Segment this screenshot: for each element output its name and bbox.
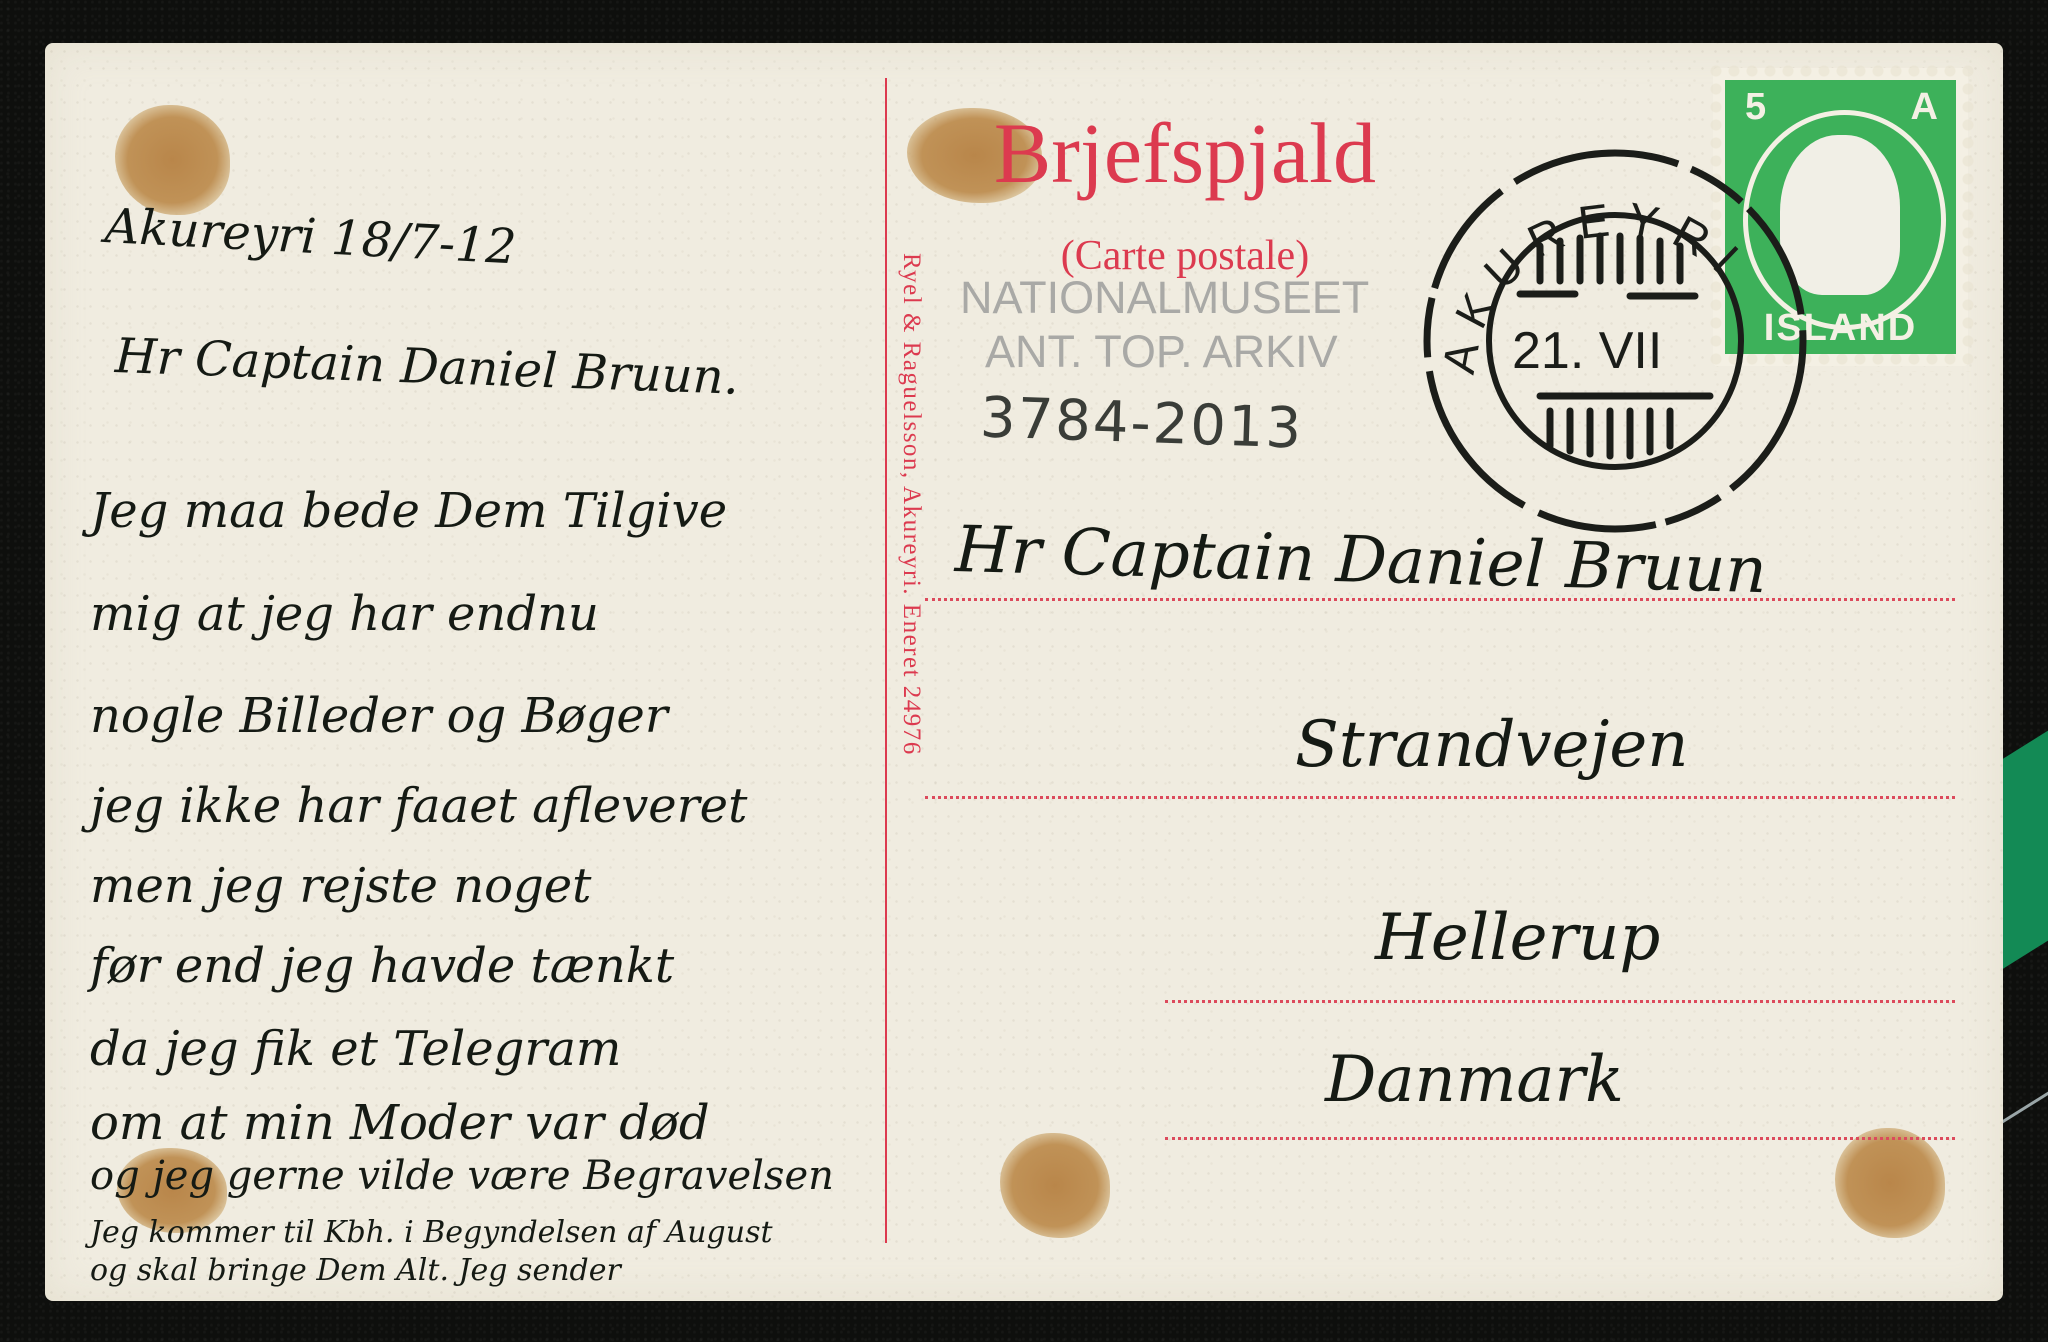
address-rule-3 [1165,1000,1955,1003]
publisher-imprint: Ryel & Raguelsson, Akureyri. Eneret 2497… [897,253,925,756]
message-line: mig at jeg har endnu [90,586,599,642]
message-line: jeg ikke har faaet afleveret [90,778,747,834]
decorative-stripe [2003,700,2048,1140]
postcard-title: Brjefspjald [935,103,1435,203]
message-line: om at min Moder var død [90,1095,710,1151]
message-line: nogle Billeder og Bøger [90,688,668,744]
message-dateline: Akureyri 18/7-12 [104,198,518,275]
red-divider [885,78,887,1243]
postcard: Ryel & Raguelsson, Akureyri. Eneret 2497… [45,43,2003,1301]
archive-line1: NATIONALMUSEET [960,271,1369,325]
address-line-4: Danmark [1325,1043,1624,1117]
archive-line2: ANT. TOP. ARKIV [960,325,1369,379]
message-line: Jeg maa bede Dem Tilgive [90,483,727,539]
stamp-value: 5 [1745,86,1766,129]
message-line: før end jeg havde tænkt [90,938,674,994]
message-line: og jeg gerne vilde være Begravelsen [90,1153,834,1199]
message-line: men jeg rejste noget [90,858,591,914]
stain-bottom-center [1000,1133,1110,1238]
address-line-2: Strandvejen [1295,708,1688,782]
message-line: Jeg kommer til Kbh. i Begyndelsen af Aug… [90,1215,773,1250]
message-line: og skal bringe Dem Alt. Jeg sender [90,1253,621,1288]
address-line-3: Hellerup [1375,901,1660,975]
address-rule-4 [1165,1137,1955,1140]
postmark-icon: AKUREYRI 21. VII [1420,146,1810,536]
message-line: da jeg fik et Telegram [90,1021,621,1077]
stamp-letter: A [1911,86,1938,129]
archive-number: 3784-2013 [979,385,1304,461]
stain-bottom-right [1835,1128,1945,1238]
address-rule-2 [925,796,1955,799]
postmark-date: 21. VII [1512,322,1662,380]
message-salutation: Hr Captain Daniel Bruun. [114,328,740,406]
archive-stamp: NATIONALMUSEET ANT. TOP. ARKIV [960,271,1369,379]
